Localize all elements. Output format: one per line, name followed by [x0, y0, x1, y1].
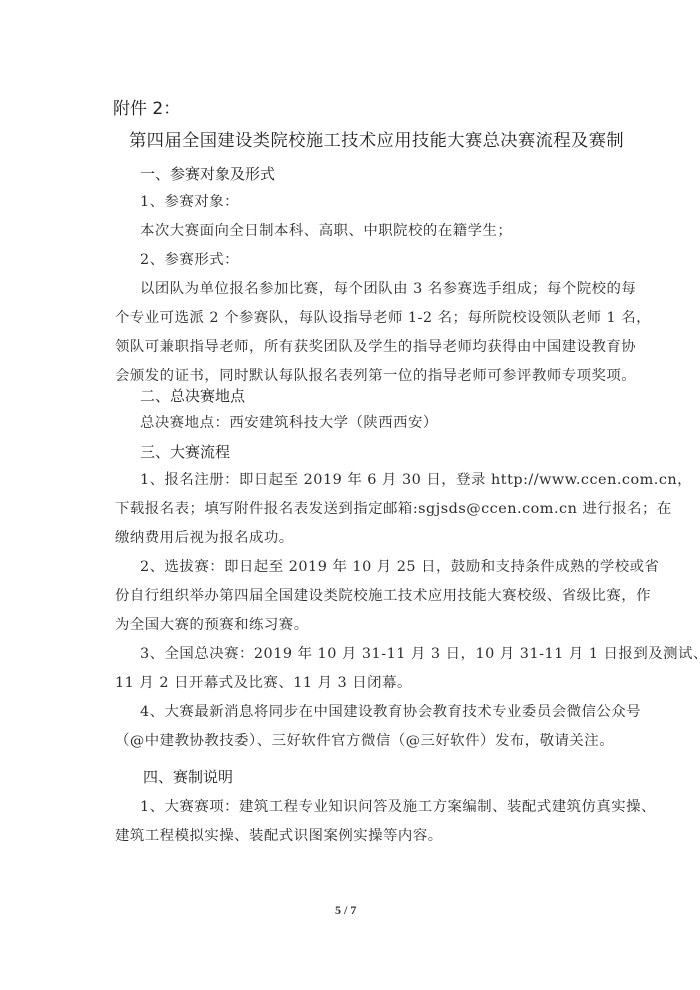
attachment-label: 附件 2： [113, 94, 180, 119]
section-heading-participants: 一、参赛对象及形式 [140, 163, 275, 184]
paragraph-line: 会颁发的证书，同时默认每队报名表列第一位的指导老师可参评教师专项奖项。 [115, 364, 636, 385]
paragraph-line: 2、选拔赛：即日起至 2019 年 10 月 25 日，鼓励和支持条件成熟的学校… [140, 555, 659, 576]
paragraph-line: 建筑工程模拟实操、装配式识图案例实操等内容。 [115, 824, 443, 845]
section-heading-venue: 二、总决赛地点 [140, 385, 245, 406]
paragraph-line: 个专业可选派 2 个参赛队，每队设指导老师 1-2 名；每所院校设领队老师 1 … [115, 306, 651, 327]
section-heading-rules: 四、赛制说明 [143, 766, 233, 787]
paragraph-line: 1、大赛赛项：建筑工程专业知识问答及施工方案编制、装配式建筑仿真实操、 [140, 795, 656, 816]
paragraph-line: 2、参赛形式： [140, 248, 239, 269]
paragraph-line: 领队可兼职指导老师，所有获奖团队及学生的指导老师均获得由中国建设教育协 [115, 335, 636, 356]
paragraph-line: 4、大赛最新消息将同步在中国建设教育协会教育技术专业委员会微信公众号 [140, 700, 641, 721]
page-number: 5 / 7 [335, 903, 356, 918]
paragraph-line: 本次大赛面向全日制本科、高职、中职院校的在籍学生； [140, 219, 512, 240]
document-title: 第四届全国建设类院校施工技术应用技能大赛总决赛流程及赛制 [129, 126, 624, 151]
paragraph-line: 为全国大赛的预赛和练习赛。 [115, 613, 309, 634]
paragraph-line: （@中建教协教技委）、三好软件官方微信（@三好软件）发布，敬请关注。 [115, 729, 614, 750]
paragraph-line: 11 月 2 日开幕式及比赛、11 月 3 日闭幕。 [115, 671, 412, 692]
paragraph-line: 缴纳费用后视为报名成功。 [115, 526, 294, 547]
paragraph-line: 总决赛地点：西安建筑科技大学（陕西西安） [140, 411, 438, 432]
paragraph-line: 以团队为单位报名参加比赛，每个团队由 3 名参赛选手组成；每个院校的每 [140, 277, 636, 298]
paragraph-line: 下载报名表；填写附件报名表发送到指定邮箱:sgjsds@ccen.com.cn … [115, 497, 672, 518]
paragraph-line: 3、全国总决赛：2019 年 10 月 31-11 月 3 日，10 月 31-… [140, 642, 700, 663]
section-heading-process: 三、大赛流程 [140, 441, 230, 462]
paragraph-line: 份自行组织举办第四届全国建设类院校施工技术应用技能大赛校级、省级比赛，作 [115, 584, 651, 605]
paragraph-line: 1、报名注册：即日起至 2019 年 6 月 30 日，登录 http://ww… [140, 468, 692, 489]
paragraph-line: 1、参赛对象： [140, 190, 239, 211]
